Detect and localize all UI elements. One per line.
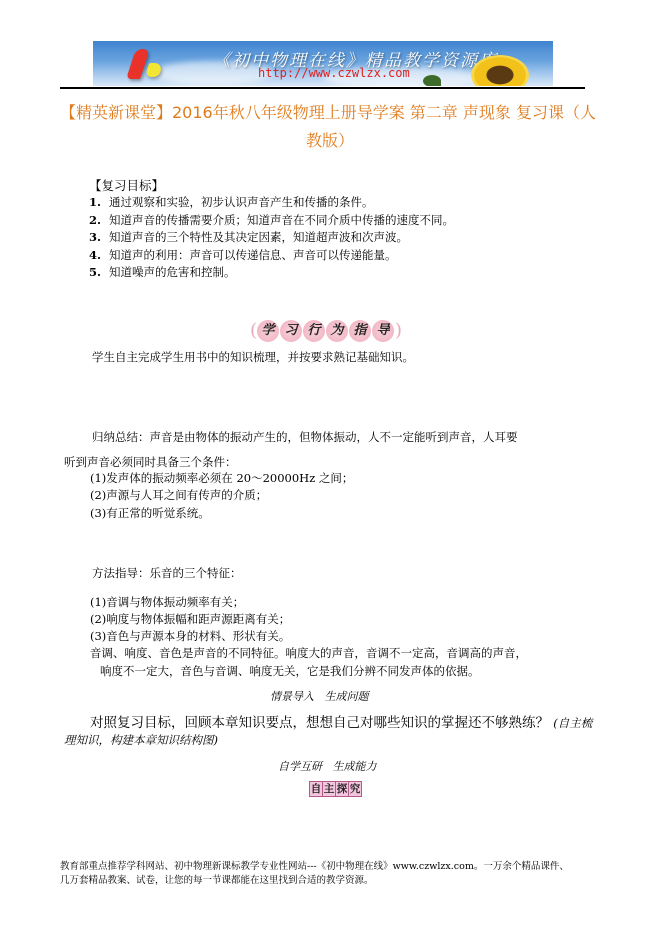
explore-char: 探 <box>336 782 349 796</box>
goal-text: 知道声的利用：声音可以传递信息、声音可以传递能量。 <box>109 248 397 262</box>
goal-item: 5.知道噪声的危害和控制。 <box>89 264 454 282</box>
self-study-heading: 自学互研 生成能力 <box>278 758 377 774</box>
page-title: 【精英新课堂】2016年秋八年级物理上册导学案 第二章 声现象 复习课（人 <box>60 96 610 130</box>
goal-number: 1. <box>89 194 109 212</box>
bracket-left-icon: ( <box>250 320 257 342</box>
badge-char: 指 <box>349 320 371 342</box>
feature-item: (2)响度与物体振幅和距声源距离有关； <box>90 611 290 628</box>
summary-line-2: 听到声音必须同时具备三个条件： <box>64 455 237 469</box>
method-heading: 方法指导：乐音的三个特征： <box>92 565 242 581</box>
page-title-continued: 教版） <box>60 129 600 153</box>
goal-text: 通过观察和实验，初步认识声音产生和传播的条件。 <box>109 195 374 209</box>
scene-heading: 情景导入 生成问题 <box>270 688 369 704</box>
feature-item: (1)音调与物体振动频率有关； <box>90 594 244 611</box>
condition-item: (2)声源与人耳之间有传声的介质； <box>90 487 267 504</box>
guide-text: 学生自主完成学生用书中的知识梳理，并按要求熟记基础知识。 <box>92 349 414 365</box>
header-banner: 《初中物理在线》精品教学资源库 http://www.czwlzx.com <box>93 41 553 86</box>
compare-paragraph: 对照复习目标，回顾本章知识要点，想想自己对哪些知识的掌握还不够熟练？ (自主梳 <box>90 711 592 731</box>
compare-text: 对照复习目标，回顾本章知识要点，想想自己对哪些知识的掌握还不够熟练？ <box>90 715 549 731</box>
review-goals-heading: 【复习目标】 <box>89 176 164 194</box>
goal-text: 知道声音的三个特性及其决定因素，知道超声波和次声波。 <box>109 230 408 244</box>
goal-number: 3. <box>89 229 109 247</box>
difference-line-2: 响度不一定大，音色与音调、响度无关，它是我们分辨不同发声体的依据。 <box>100 663 480 679</box>
condition-item: (3)有正常的听觉系统。 <box>90 505 210 522</box>
learning-guide-badge: ( 学 习 行 为 指 导 ) <box>250 320 402 342</box>
summary-line-1: 归纳总结：声音是由物体的振动产生的，但物体振动，人不一定能听到声音，人耳要 <box>92 430 518 444</box>
goal-number: 4. <box>89 247 109 265</box>
explore-badge: 自 主 探 究 <box>309 781 362 797</box>
explore-char: 自 <box>310 782 323 796</box>
page-footer: 教育部重点推荐学科网站、初中物理新课标教学专业性网站---《初中物理在线》www… <box>60 860 620 888</box>
footer-line-2: 几万套精品教案、试卷，让您的每一节课都能在这里找到合适的教学资源。 <box>60 874 620 888</box>
goal-text: 知道声音的传播需要介质；知道声音在不同介质中传播的速度不同。 <box>109 213 454 227</box>
condition-item: (1)发声体的振动频率必须在 20～20000Hz 之间； <box>90 470 353 487</box>
compare-note-end: 理知识，构建本章知识结构图) <box>64 732 218 748</box>
review-goals-list: 1.通过观察和实验，初步认识声音产生和传播的条件。 2.知道声音的传播需要介质；… <box>89 194 454 282</box>
goal-text: 知道噪声的危害和控制。 <box>109 265 236 279</box>
badge-char: 为 <box>326 320 348 342</box>
goal-item: 1.通过观察和实验，初步认识声音产生和传播的条件。 <box>89 194 454 212</box>
sunflower-image <box>471 55 529 86</box>
header-rule <box>60 87 585 89</box>
goal-item: 3.知道声音的三个特性及其决定因素，知道超声波和次声波。 <box>89 229 454 247</box>
explore-char: 主 <box>323 782 336 796</box>
goal-number: 5. <box>89 264 109 282</box>
bracket-right-icon: ) <box>395 320 402 342</box>
badge-char: 导 <box>372 320 394 342</box>
badge-char: 学 <box>257 320 279 342</box>
badge-char: 行 <box>303 320 325 342</box>
explore-char: 究 <box>349 782 361 796</box>
goal-item: 2.知道声音的传播需要介质；知道声音在不同介质中传播的速度不同。 <box>89 212 454 230</box>
banner-url[interactable]: http://www.czwlzx.com <box>258 66 410 80</box>
goal-item: 4.知道声的利用：声音可以传递信息、声音可以传递能量。 <box>89 247 454 265</box>
badge-char: 习 <box>280 320 302 342</box>
compare-note: (自主梳 <box>553 716 592 730</box>
difference-line-1: 音调、响度、音色是声音的不同特征。响度大的声音，音调不一定高，音调高的声音， <box>90 645 527 661</box>
footer-line-1: 教育部重点推荐学科网站、初中物理新课标教学专业性网站---《初中物理在线》www… <box>60 860 620 874</box>
feature-item: (3)音色与声源本身的材料、形状有关。 <box>90 628 290 645</box>
leaf-decoration <box>423 75 441 86</box>
goal-number: 2. <box>89 212 109 230</box>
